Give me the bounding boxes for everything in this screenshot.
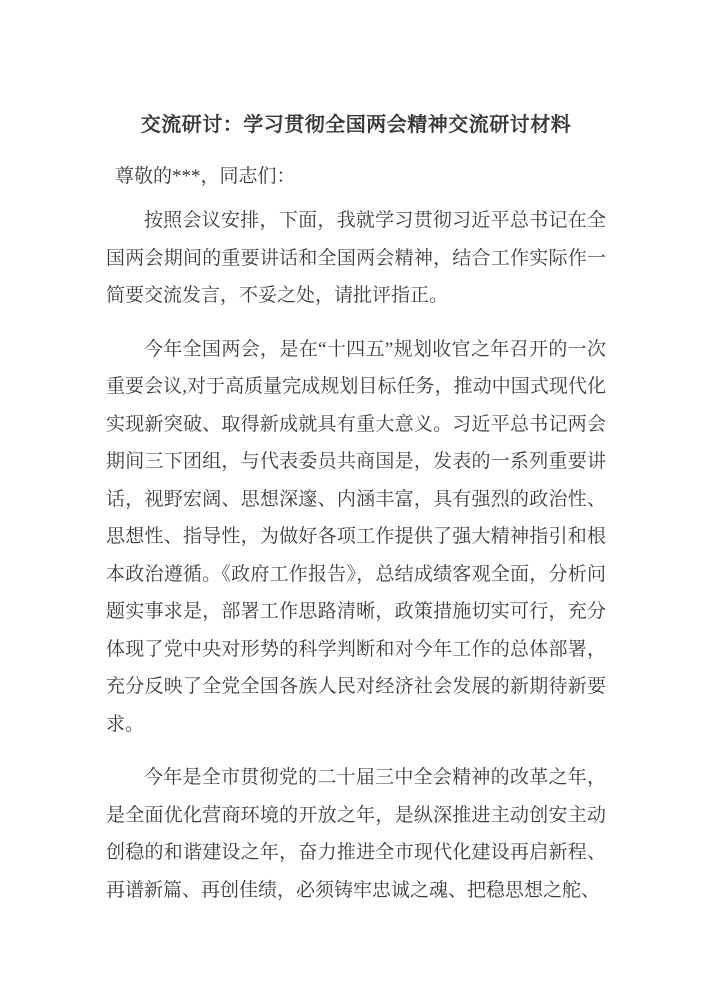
body-paragraph-3: 今年是全市贯彻党的二十届三中全会精神的改革之年，是全面优化营商环境的开放之年，是… bbox=[106, 759, 606, 909]
document-page: 交流研讨：学习贯彻全国两会精神交流研讨材料 尊敬的***，同志们： 按照会议安排… bbox=[0, 0, 711, 1006]
body-paragraph-2: 今年全国两会，是在“十四五”规划收官之年召开的一次重要会议,对于高质量完成规划目… bbox=[106, 331, 606, 744]
document-title: 交流研讨：学习贯彻全国两会精神交流研讨材料 bbox=[106, 110, 606, 140]
body-paragraph-1: 按照会议安排，下面，我就学习贯彻习近平总书记在全国两会期间的重要讲话和全国两会精… bbox=[106, 202, 606, 315]
salutation-line: 尊敬的***，同志们： bbox=[106, 158, 606, 195]
document-content: 交流研讨：学习贯彻全国两会精神交流研讨材料 尊敬的***，同志们： 按照会议安排… bbox=[106, 110, 606, 925]
